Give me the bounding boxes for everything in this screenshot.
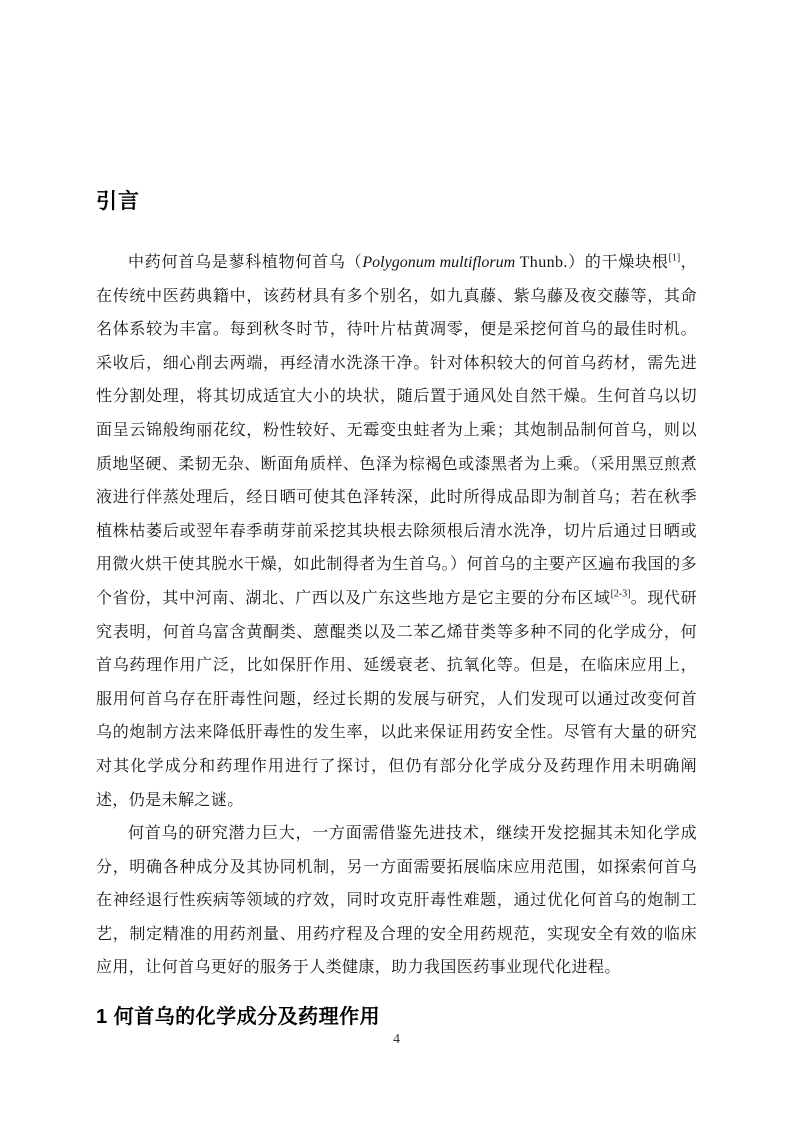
section-heading-1: 1 何首乌的化学成分及药理作用: [96, 1003, 697, 1031]
paragraph-text: 中药何首乌是蓼科植物何首乌（: [128, 254, 362, 271]
paragraph-text: Thunb.）的干燥块根: [515, 254, 668, 271]
page-title: 引言: [96, 188, 697, 216]
intro-paragraph-1: 中药何首乌是蓼科植物何首乌（Polygonum multiflorum Thun…: [96, 246, 697, 817]
intro-paragraph-2: 何首乌的研究潜力巨大，一方面需借鉴先进技术，继续开发挖掘其未知化学成分，明确各种…: [96, 817, 697, 985]
citation-ref-2-3: [2-3]: [611, 589, 631, 600]
paragraph-text: 。现代研究表明，何首乌富含黄酮类、蒽醌类以及二苯乙烯苷类等多种不同的化学成分，何…: [96, 590, 697, 809]
page-number: 4: [0, 1032, 793, 1048]
paragraph-text: ，在传统中医药典籍中，该药材具有多个别名，如九真藤、紫乌藤及夜交藤等，其命名体系…: [96, 254, 697, 607]
citation-ref-1: [1]: [669, 253, 681, 264]
document-page: 引言 中药何首乌是蓼科植物何首乌（Polygonum multiflorum T…: [0, 0, 793, 1122]
latin-species-name: Polygonum multiflorum: [362, 254, 515, 271]
